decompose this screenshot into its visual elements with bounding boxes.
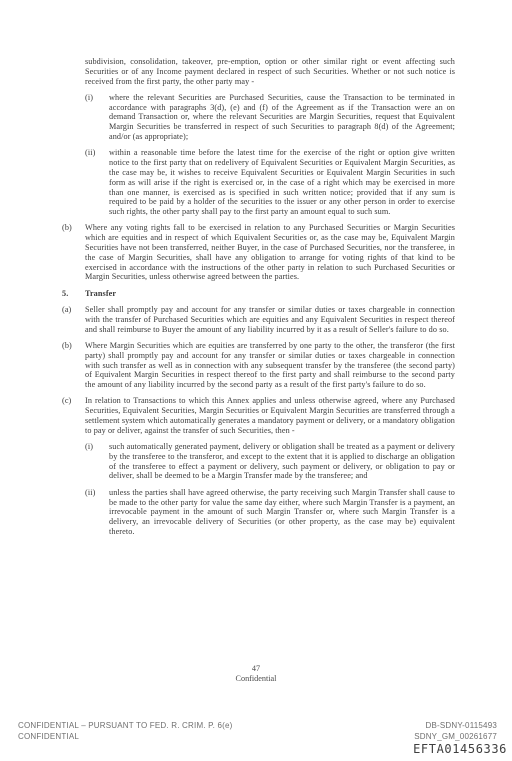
item-text: where the relevant Securities are Purcha… [109,93,455,142]
page-footer: 47 Confidential [0,664,512,684]
item-marker: (a) [62,305,85,334]
item-text: Where any voting rights fall to be exerc… [85,223,455,282]
list-item: (b)Where Margin Securities which are equ… [62,341,455,390]
list-item: (c)In relation to Transactions to which … [62,396,455,435]
item-marker: (ii) [85,488,109,537]
production-number-line1: DB-SDNY-0115493 [414,721,497,732]
page-number: 47 [0,664,512,674]
item-text: Seller shall promptly pay and account fo… [85,305,455,334]
item-marker: (ii) [85,148,109,217]
confidentiality-stamp-left: CONFIDENTIAL – PURSUANT TO FED. R. CRIM.… [18,721,233,743]
document-page: subdivision, consolidation, takeover, pr… [0,0,512,761]
item-text: In relation to Transactions to which thi… [85,396,455,435]
item-marker: (b) [62,341,85,390]
item-marker: 5. [62,289,85,299]
list-item: (b)Where any voting rights fall to be ex… [62,223,455,282]
document-body: subdivision, consolidation, takeover, pr… [62,57,455,543]
list-item: (i)where the relevant Securities are Pur… [62,93,455,142]
confidentiality-stamp-line2: CONFIDENTIAL [18,732,233,743]
confidentiality-stamp-line1: CONFIDENTIAL – PURSUANT TO FED. R. CRIM.… [18,721,233,732]
item-text: within a reasonable time before the late… [109,148,455,217]
item-marker: (b) [62,223,85,282]
confidential-label: Confidential [0,674,512,684]
section-heading: 5.Transfer [62,289,455,299]
list-item: (a)Seller shall promptly pay and account… [62,305,455,334]
item-text: subdivision, consolidation, takeover, pr… [85,57,455,86]
production-number-line2: SDNY_GM_00261677 [414,732,497,743]
item-text: such automatically generated payment, de… [109,442,455,481]
item-text: Transfer [85,289,455,299]
item-text: unless the parties shall have agreed oth… [109,488,455,537]
paragraph: subdivision, consolidation, takeover, pr… [62,57,455,86]
item-marker: (i) [85,93,109,142]
item-marker: (i) [85,442,109,481]
list-item: (ii)within a reasonable time before the … [62,148,455,217]
production-number-stamp: DB-SDNY-0115493 SDNY_GM_00261677 [414,721,497,743]
item-text: Where Margin Securities which are equiti… [85,341,455,390]
list-item: (ii)unless the parties shall have agreed… [62,488,455,537]
bates-number-stamp: EFTA01456336 [413,742,507,756]
list-item: (i)such automatically generated payment,… [62,442,455,481]
item-marker: (c) [62,396,85,435]
